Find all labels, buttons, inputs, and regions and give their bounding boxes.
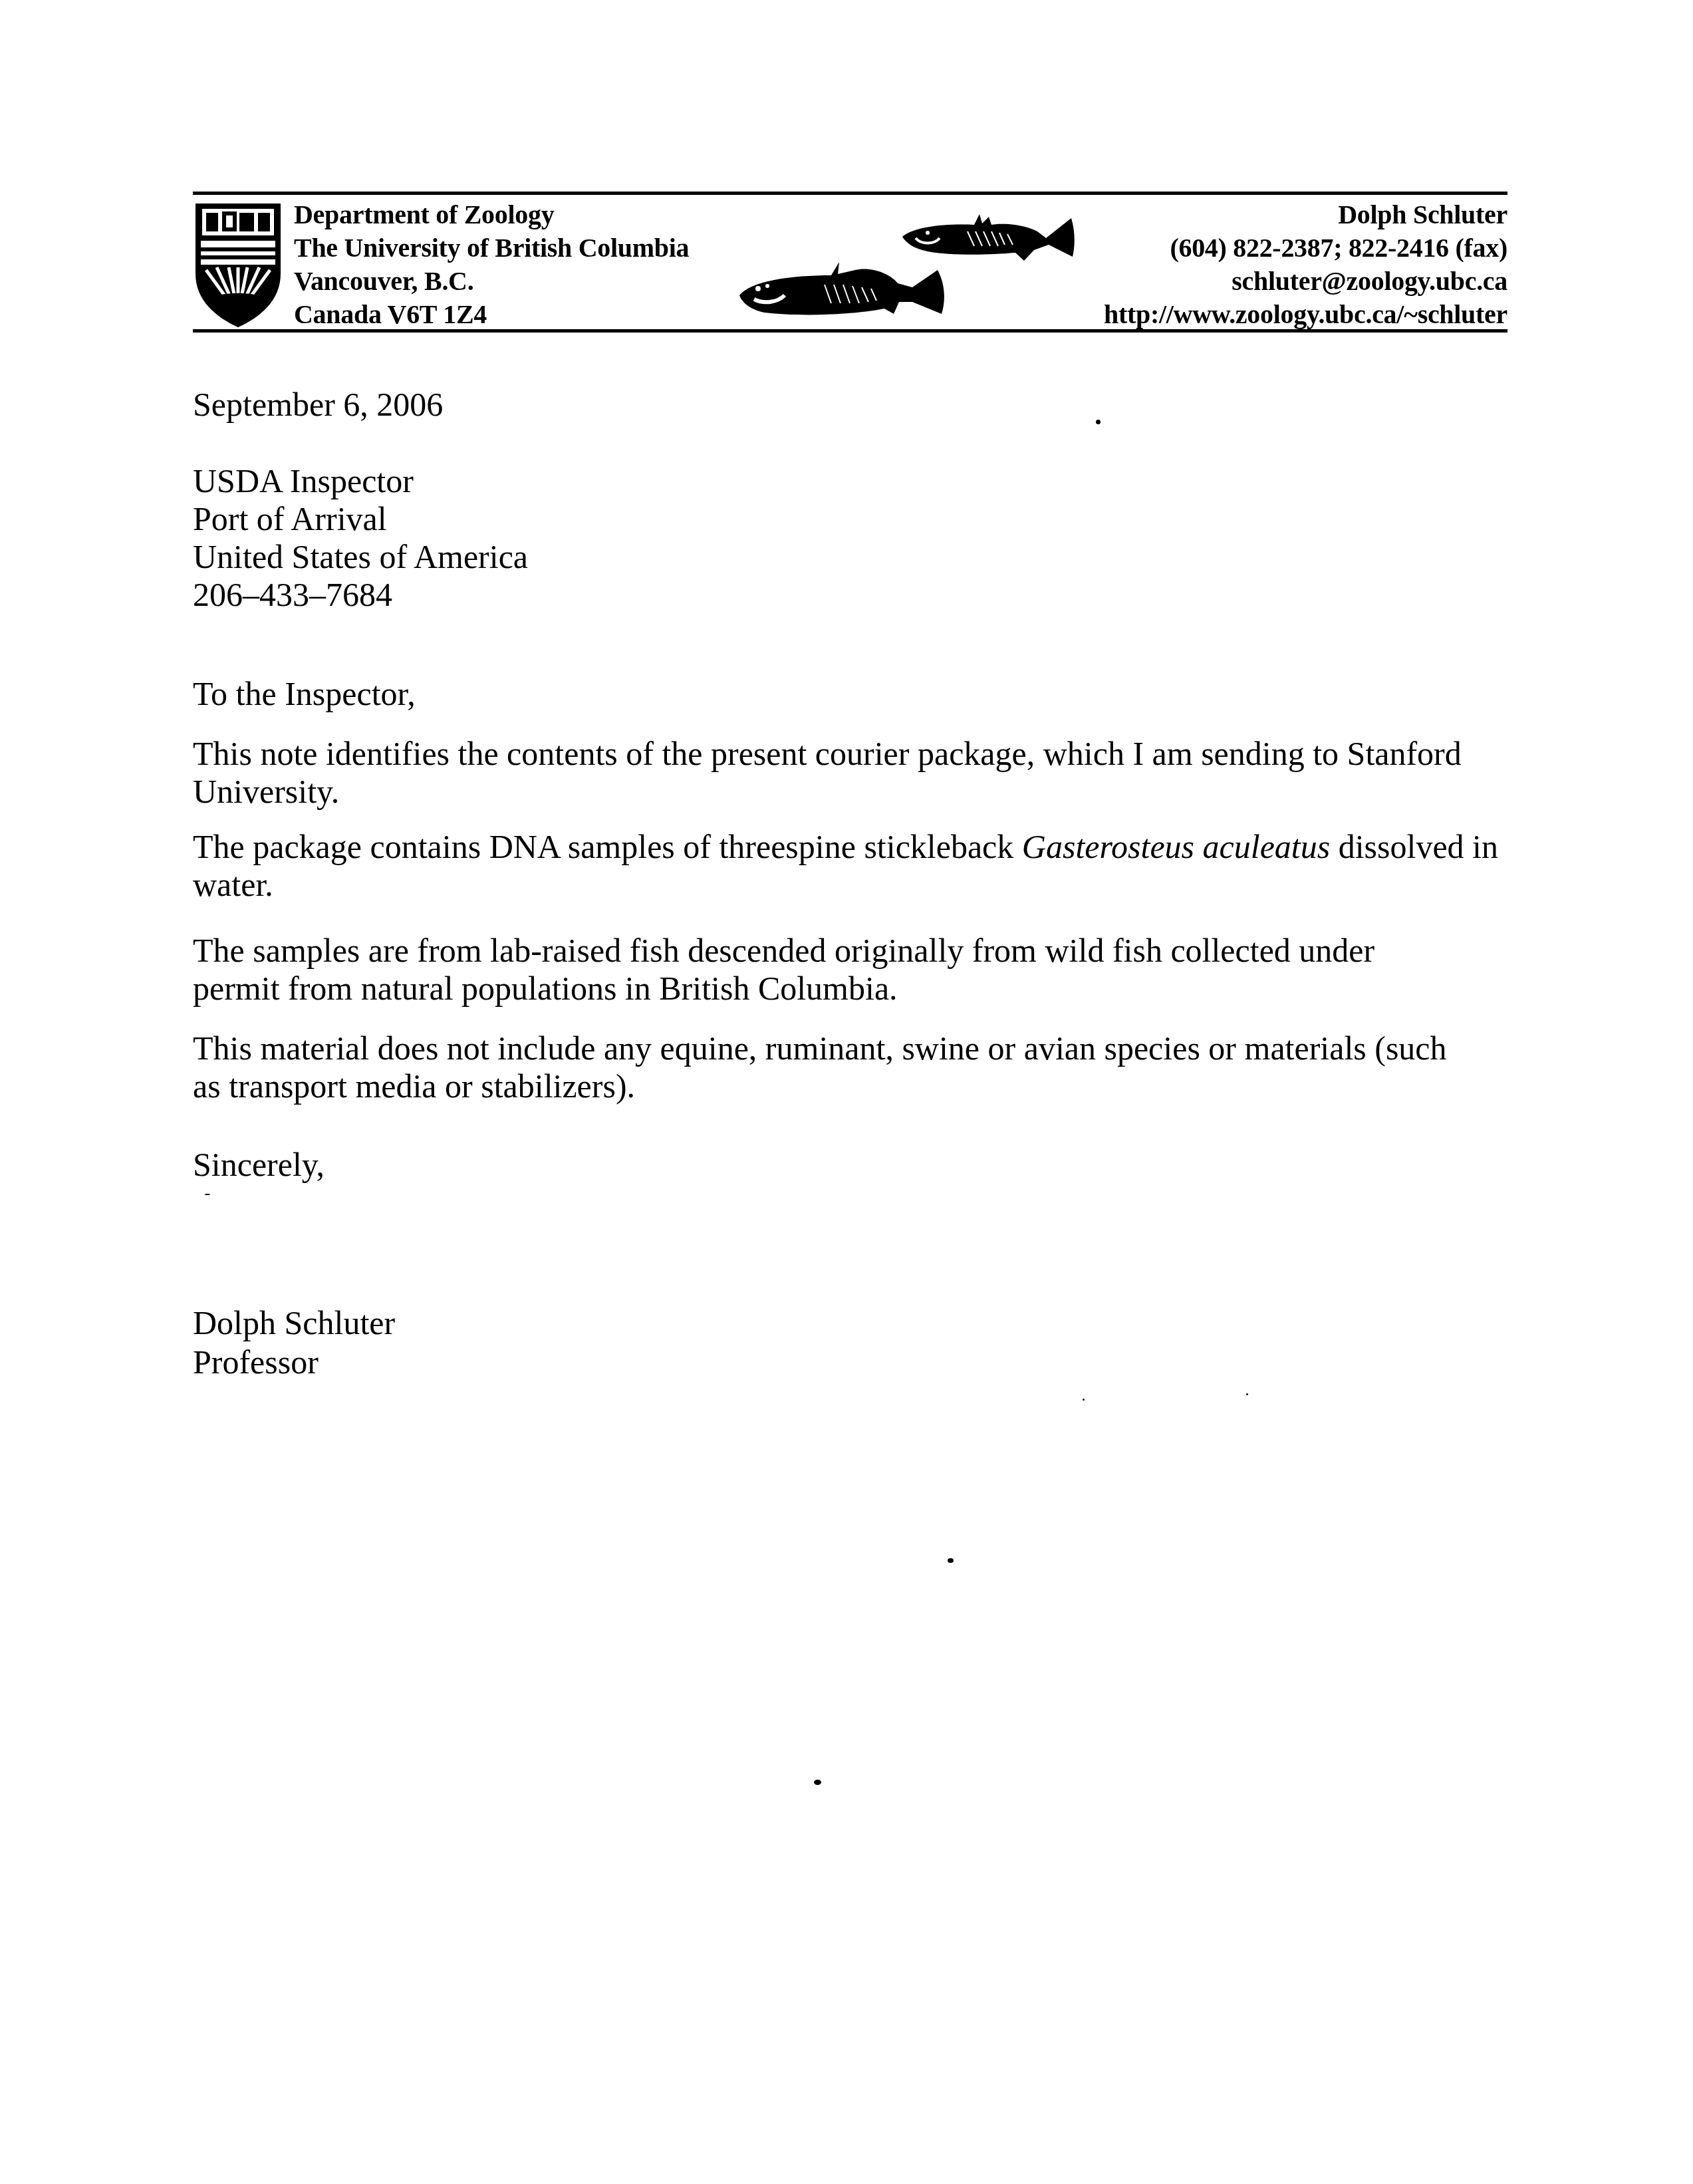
country-postal: Canada V6T 1Z4 [294, 298, 689, 331]
department-address: Department of Zoology The University of … [294, 198, 689, 331]
body-paragraph-2: The package contains DNA samples of thre… [193, 828, 1513, 904]
stickleback-fish-icon [738, 261, 952, 318]
department-name: Department of Zoology [294, 198, 689, 231]
author-contact: Dolph Schluter (604) 822-2387; 822-2416 … [1104, 198, 1507, 331]
ubc-crest-shield-icon [193, 201, 283, 329]
phone-fax: (604) 822-2387; 822-2416 (fax) [1104, 231, 1507, 265]
author-name: Dolph Schluter [1104, 198, 1507, 231]
recipient-line: USDA Inspector [193, 462, 414, 500]
body-paragraph-3-line-1: The samples are from lab-raised fish des… [193, 932, 1374, 970]
body-paragraph-4-line-2: as transport media or stabilizers). [193, 1067, 635, 1105]
scan-speck [1083, 1399, 1085, 1401]
scan-speck [205, 1194, 210, 1195]
species-name: Gasterosteus aculeatus [1022, 828, 1330, 865]
body-paragraph-1: This note identifies the contents of the… [193, 735, 1513, 811]
body-paragraph-4-line-1: This material does not include any equin… [193, 1029, 1447, 1067]
scan-speck [1246, 1393, 1248, 1395]
university-name: The University of British Columbia [294, 231, 689, 265]
city: Vancouver, B.C. [294, 265, 689, 298]
signature-name: Dolph Schluter [193, 1304, 395, 1342]
scan-speck [1096, 420, 1101, 424]
signature-title: Professor [193, 1343, 319, 1381]
stickleback-fish-icon [901, 211, 1079, 262]
recipient-phone: 206–433–7684 [193, 576, 392, 614]
salutation: To the Inspector, [193, 675, 416, 713]
recipient-line: Port of Arrival [193, 500, 387, 538]
p2-text: The package contains DNA samples of thre… [193, 828, 1022, 865]
scan-speck [948, 1558, 954, 1563]
body-paragraph-3-line-2: permit from natural populations in Briti… [193, 970, 898, 1008]
closing: Sincerely, [193, 1146, 325, 1184]
letterhead-top-rule [193, 192, 1507, 195]
scan-speck [814, 1780, 821, 1785]
recipient-line: United States of America [193, 538, 528, 576]
letterhead-bottom-rule [193, 329, 1507, 333]
letter-date: September 6, 2006 [193, 386, 443, 424]
website-link[interactable]: http://www.zoology.ubc.ca/~schluter [1104, 298, 1507, 331]
email-link[interactable]: schluter@zoology.ubc.ca [1104, 265, 1507, 298]
